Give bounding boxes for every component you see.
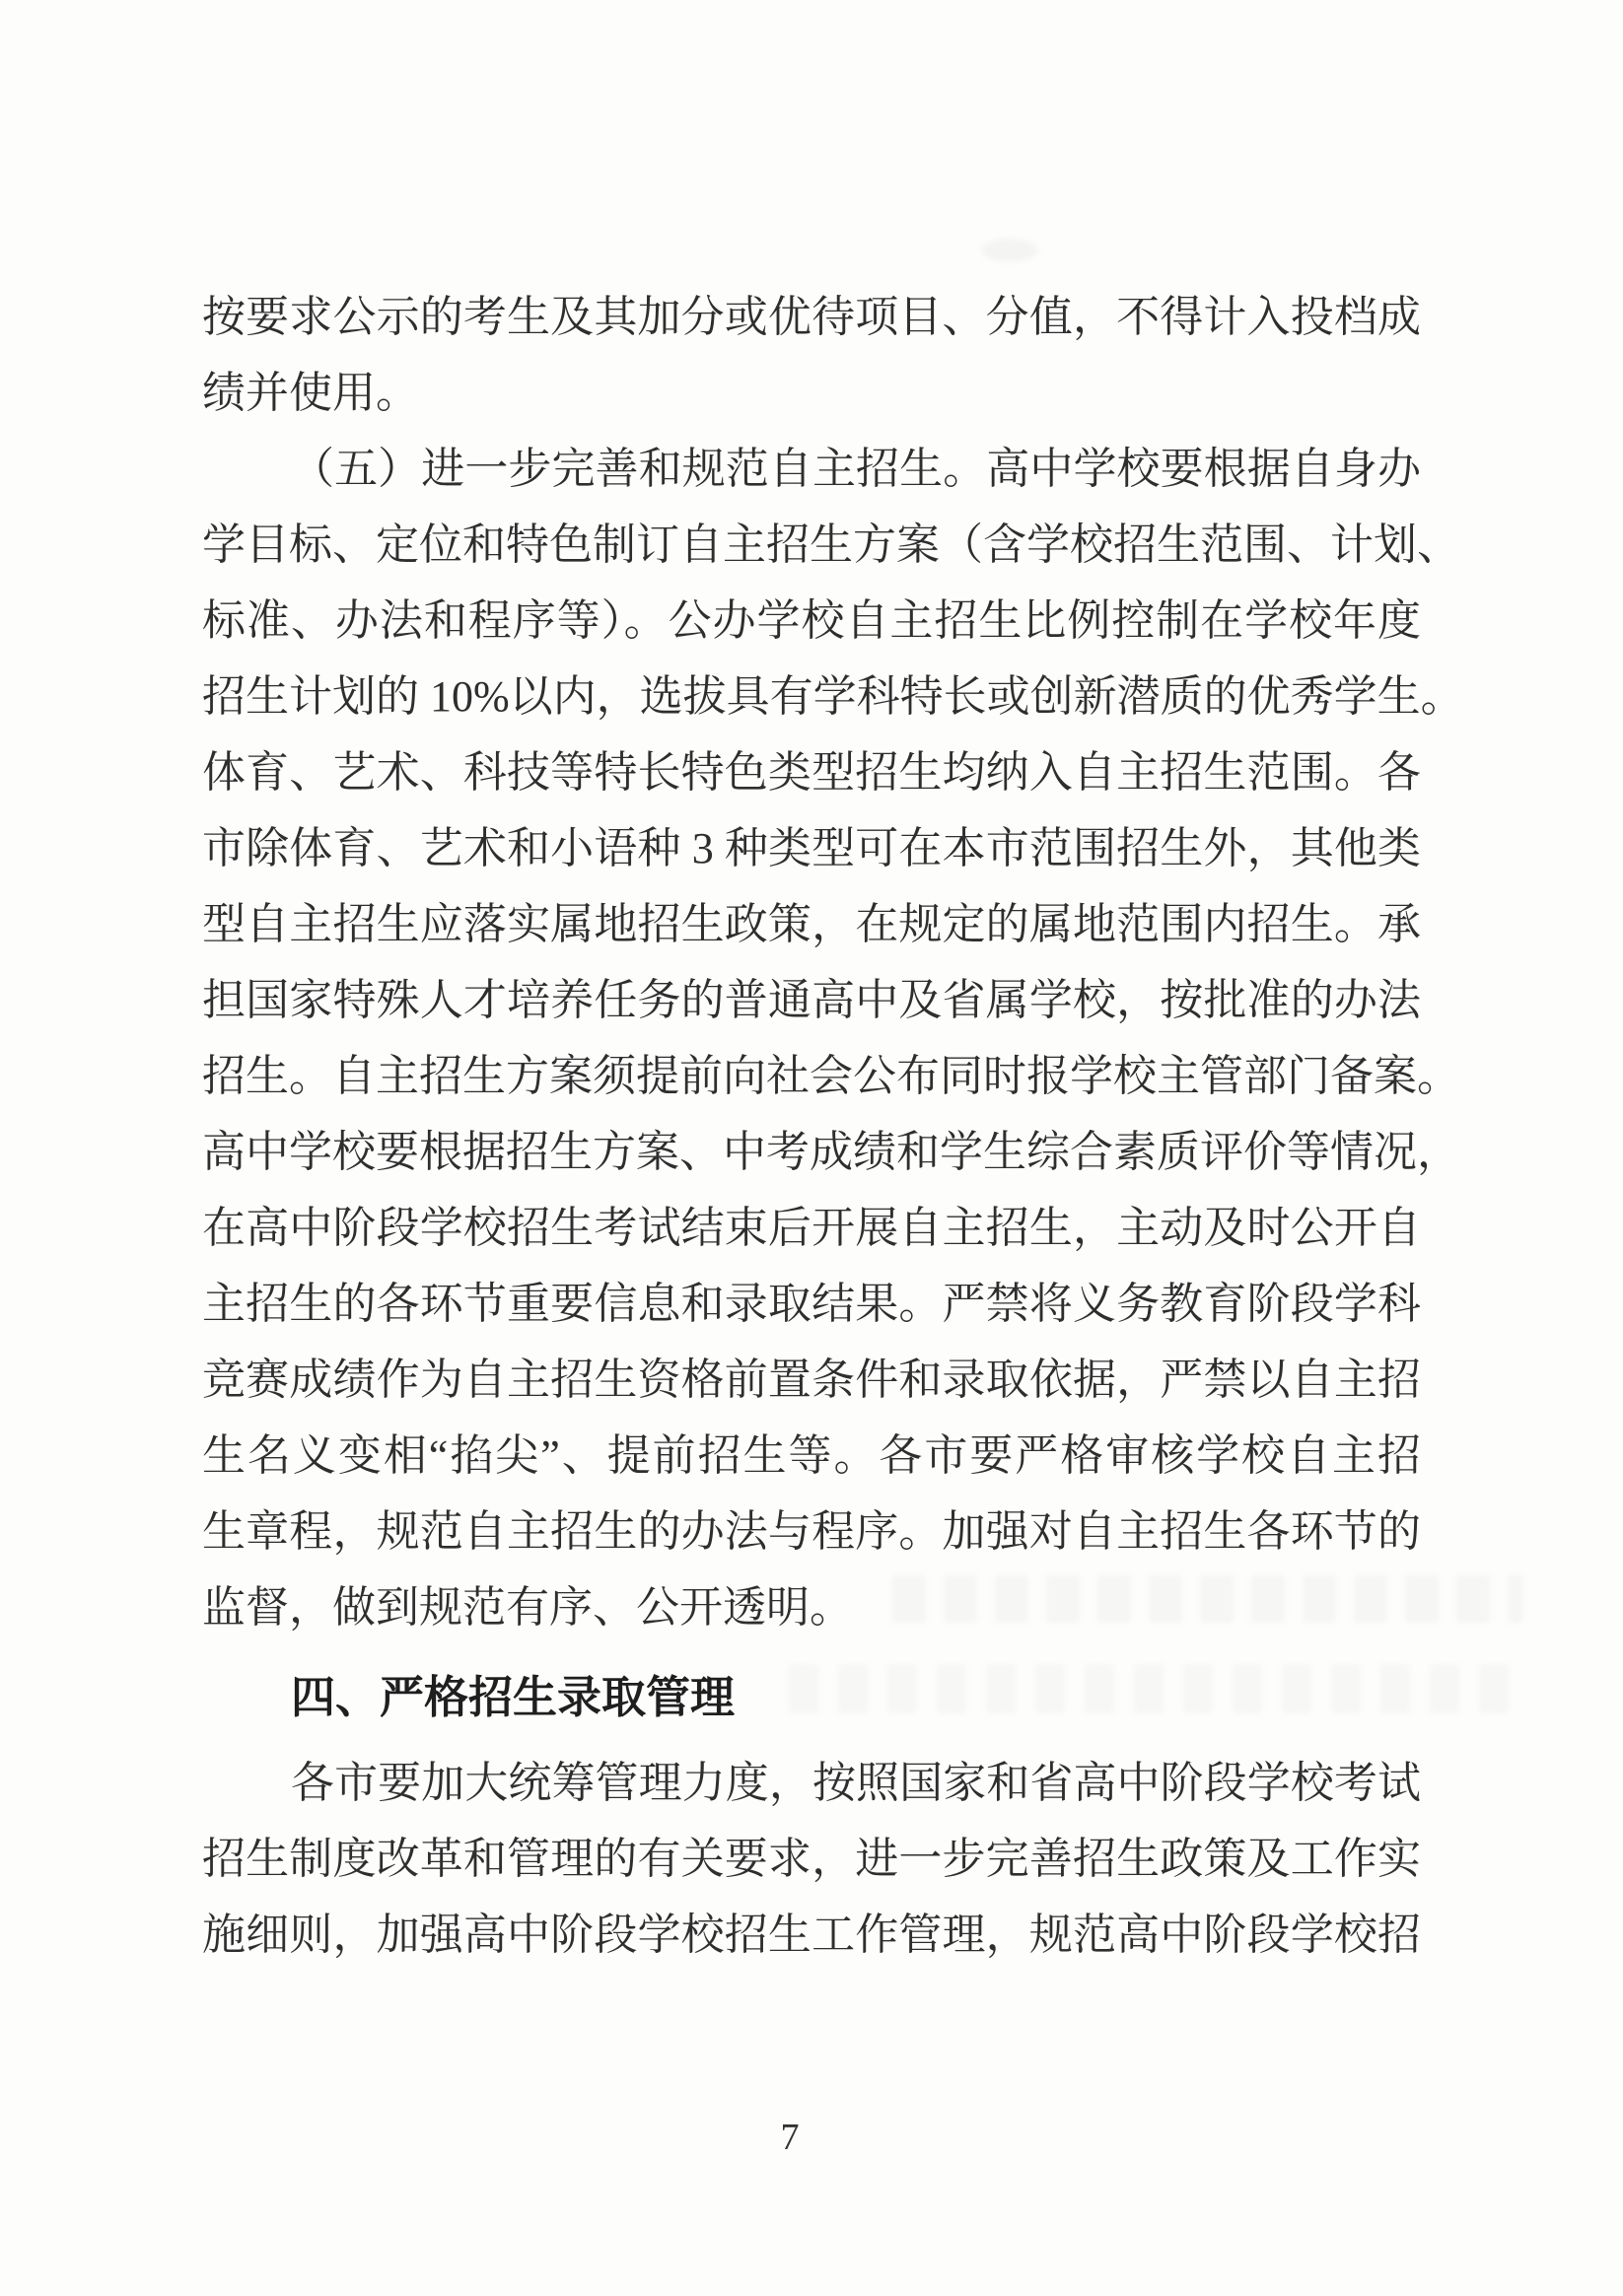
text-line: 高中学校要根据招生方案、中考成绩和学生综合素质评价等情况， (202, 1114, 1421, 1190)
text-line: 生名义变相“掐尖”、提前招生等。各市要严格审核学校自主招 (202, 1418, 1421, 1494)
text-line: （五）进一步完善和规范自主招生。高中学校要根据自身办 (202, 431, 1421, 507)
page-number: 7 (0, 2116, 1601, 2159)
text-line: 招生计划的 10%以内，选拔具有学科特长或创新潜质的优秀学生。 (202, 659, 1421, 734)
text-line: 竞赛成绩作为自主招生资格前置条件和录取依据，严禁以自主招 (202, 1342, 1421, 1418)
text-line: 在高中阶段学校招生考试结束后开展自主招生，主动及时公开自 (202, 1190, 1421, 1266)
text-line: 招生。自主招生方案须提前向社会公布同时报学校主管部门备案。 (202, 1038, 1421, 1114)
text-line: 学目标、定位和特色制订自主招生方案（含学校招生范围、计划、 (202, 507, 1421, 583)
text-line: 绩并使用。 (202, 355, 1421, 431)
text-line: 标准、办法和程序等）。公办学校自主招生比例控制在学校年度 (202, 583, 1421, 659)
text-line: 施细则，加强高中阶段学校招生工作管理，规范高中阶段学校招 (202, 1897, 1421, 1973)
text-line: 型自主招生应落实属地招生政策，在规定的属地范围内招生。承 (202, 886, 1421, 962)
section-heading: 四、严格招生录取管理 (202, 1659, 1421, 1735)
text-line: 招生制度改革和管理的有关要求，进一步完善招生政策及工作实 (202, 1821, 1421, 1897)
text-line: 担国家特殊人才培养任务的普通高中及省属学校，按批准的办法 (202, 962, 1421, 1038)
scanned-document-page: 按要求公示的考生及其加分或优待项目、分值，不得计入投档成绩并使用。（五）进一步完… (0, 0, 1623, 2296)
text-line: 各市要加大统筹管理力度，按照国家和省高中阶段学校考试 (202, 1745, 1421, 1821)
text-line: 生章程，规范自主招生的办法与程序。加强对自主招生各环节的 (202, 1494, 1421, 1569)
text-line: 市除体育、艺术和小语种 3 种类型可在本市范围招生外，其他类 (202, 810, 1421, 886)
text-line: 主招生的各环节重要信息和录取结果。严禁将义务教育阶段学科 (202, 1266, 1421, 1342)
text-line: 监督，做到规范有序、公开透明。 (202, 1569, 1421, 1645)
document-body: 按要求公示的考生及其加分或优待项目、分值，不得计入投档成绩并使用。（五）进一步完… (202, 279, 1421, 1973)
text-line: 按要求公示的考生及其加分或优待项目、分值，不得计入投档成 (202, 279, 1421, 355)
text-line: 体育、艺术、科技等特长特色类型招生均纳入自主招生范围。各 (202, 734, 1421, 810)
scan-smudge-artifact (981, 239, 1038, 262)
